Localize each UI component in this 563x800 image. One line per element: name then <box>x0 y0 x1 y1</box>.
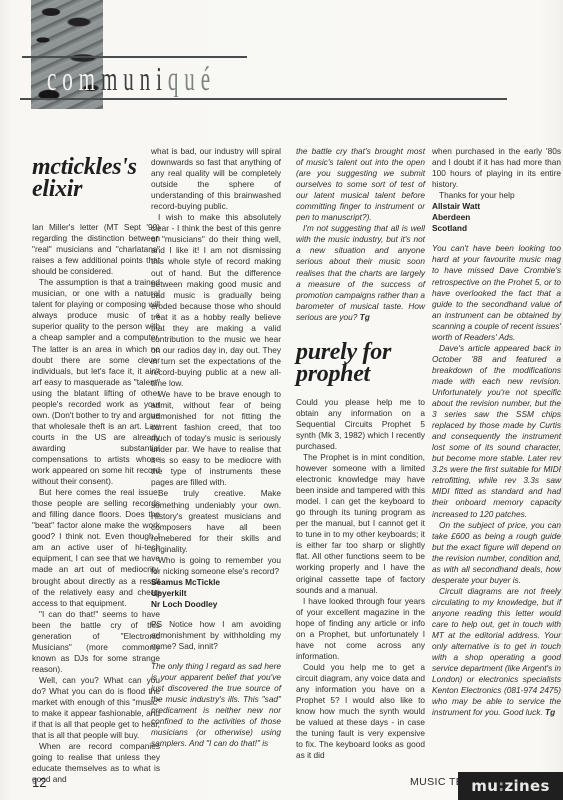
editor-reply-text: I'm not suggesting that all is well with… <box>296 223 425 321</box>
signature-location: Scotland <box>432 223 561 234</box>
headline-line: prophet <box>296 361 370 387</box>
letter-paragraph: I have looked through four years of your… <box>296 596 425 662</box>
letter-paragraph: Well, can you? What can you do? What you… <box>32 675 160 741</box>
letter-paragraph: "I can do that!" seems to have been the … <box>32 609 160 675</box>
editor-reply: On the subject of price, you can take £6… <box>432 520 561 586</box>
column-2: what is bad, our industry will spiral do… <box>151 146 281 749</box>
editor-reply: You can't have been looking too hard at … <box>432 243 561 342</box>
letter-paragraph: when purchased in the early '80s and I d… <box>432 146 561 190</box>
signature-location: Nr Loch Doodley <box>151 599 281 610</box>
section-title-part: muni <box>101 61 168 98</box>
badge-text: mu <box>471 777 498 795</box>
article-headline: purely for prophet <box>296 341 425 385</box>
editor-initials: Tg <box>360 312 370 322</box>
section-title-part: qué <box>168 61 216 98</box>
signature-name: Seamus McTickle <box>151 577 281 588</box>
masthead-rule-top <box>22 56 247 58</box>
section-title-part: com <box>47 61 101 98</box>
letter-paragraph: The assumption is that a trained musicia… <box>32 277 160 487</box>
editor-reply: The only thing I regard as sad here is y… <box>151 661 281 749</box>
letter-paragraph: Thanks for your help <box>432 190 561 201</box>
editor-reply: the battle cry that's brought most of mu… <box>296 146 425 223</box>
badge-text: zines <box>505 777 550 795</box>
column-4: when purchased in the early '80s and I d… <box>432 146 561 718</box>
letter-paragraph: what is bad, our industry will spiral do… <box>151 146 281 212</box>
article-headline: mctickles's elixir <box>32 156 160 200</box>
editor-initials: Tg <box>545 707 555 717</box>
editor-reply: Circuit diagrams are not freely circulat… <box>432 586 561 719</box>
letter-paragraph: But here comes the real issue: those peo… <box>32 487 160 609</box>
letter-paragraph: The Prophet is in mint condition, howeve… <box>296 452 425 596</box>
headline-line: elixir <box>32 176 82 202</box>
muzines-logo-badge[interactable]: mu:zines <box>458 772 563 800</box>
letter-paragraph: Ian Miller's letter (MT Sept '90) regard… <box>32 222 160 277</box>
editor-reply-text: Circuit diagrams are not freely circulat… <box>432 586 561 718</box>
editor-reply: Dave's article appeared back in October … <box>432 343 561 520</box>
letter-paragraph: Who is going to remember you for nicking… <box>151 555 281 577</box>
magazine-page: communiqué mctickles's elixir Ian Miller… <box>0 0 563 800</box>
page-number: 12 <box>32 775 46 790</box>
signature-name: Allstair Watt <box>432 201 561 212</box>
column-1: mctickles's elixir Ian Miller's letter (… <box>32 140 160 785</box>
letter-paragraph: Could you help me to get a circuit diagr… <box>296 662 425 761</box>
signature-location: Aberdeen <box>432 212 561 223</box>
letter-paragraph: We have to be brave enough to admit, wit… <box>151 389 281 488</box>
section-title: communiqué <box>47 60 216 100</box>
letter-paragraph: Could you please help me to obtain any i… <box>296 397 425 452</box>
editor-reply: I'm not suggesting that all is well with… <box>296 223 425 322</box>
column-3: the battle cry that's brought most of mu… <box>296 146 425 761</box>
letter-paragraph: When are record companies going to reali… <box>32 741 160 785</box>
letter-paragraph: Be truly creative. Make something undeni… <box>151 488 281 554</box>
signature-location: Upyerkilt <box>151 588 281 599</box>
letter-paragraph: I wish to make this absolutely clear - I… <box>151 212 281 389</box>
postscript: PS Notice how I am avoiding admonishment… <box>151 619 281 652</box>
